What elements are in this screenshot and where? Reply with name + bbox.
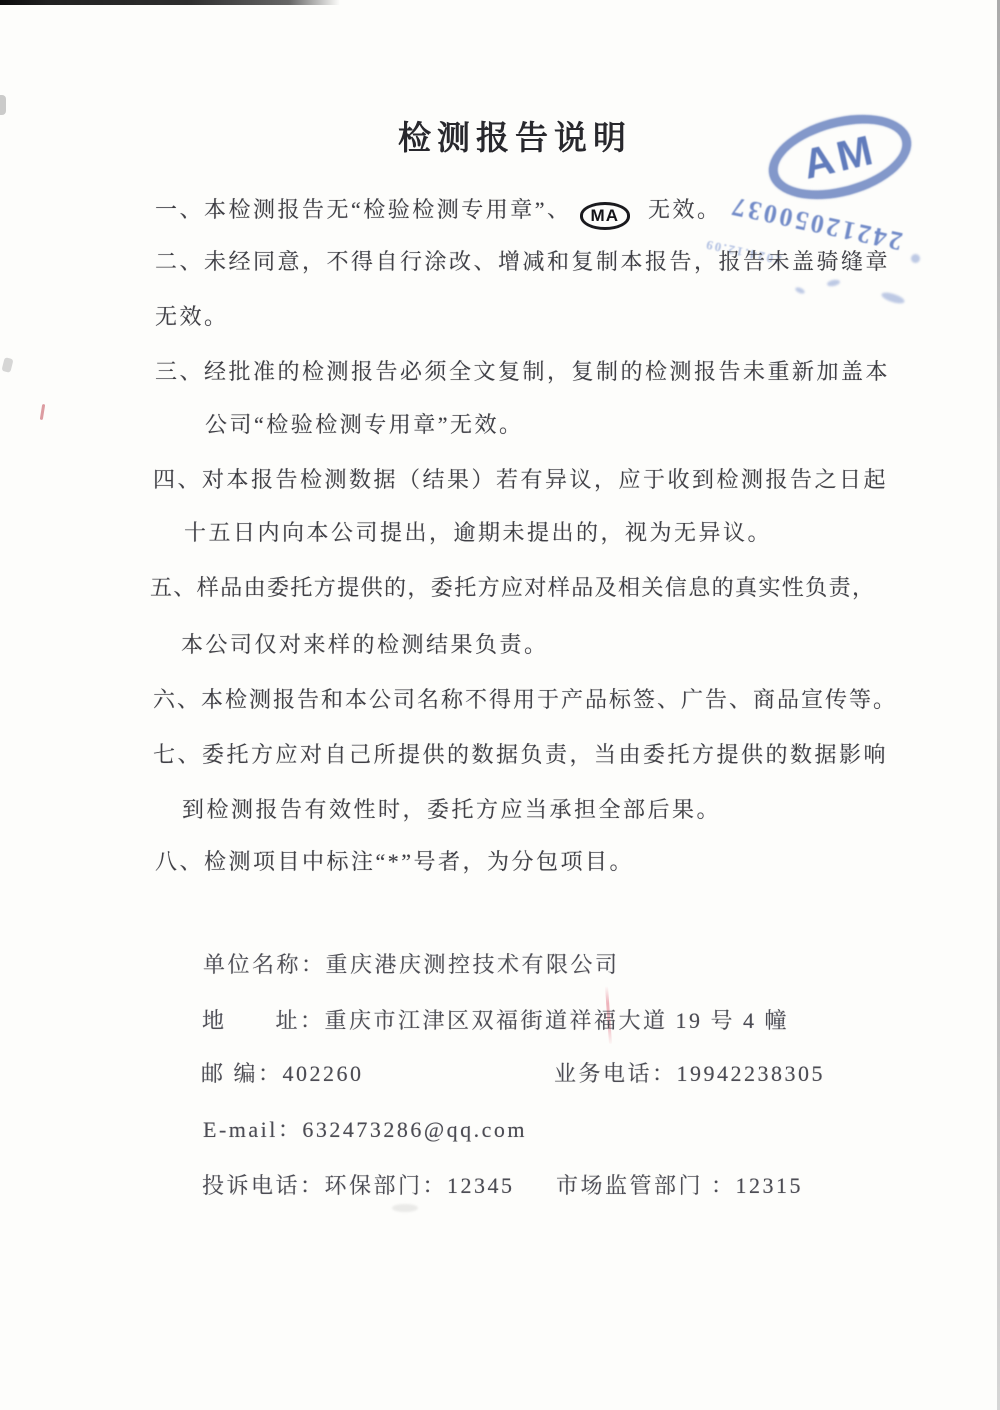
gray-smudge-artifact xyxy=(392,1204,418,1212)
note-item-8: 八、检测项目中标注“*”号者，为分包项目。 xyxy=(155,846,634,878)
company-email: E-mail：632473286@qq.com xyxy=(203,1114,527,1146)
complaint-phone-env: 投诉电话：环保部门：12345 xyxy=(202,1170,515,1202)
company-name-row: 单位名称：重庆港庆测控技术有限公司 xyxy=(203,949,620,981)
note-item-7: 七、委托方应对自己所提供的数据负责，当由委托方提供的数据影响 xyxy=(153,739,888,771)
scan-edge-top-artifact xyxy=(0,0,340,5)
note-item-6: 六、本检测报告和本公司名称不得用于产品标签、广告、商品宣传等。 xyxy=(153,684,897,716)
complaint-phone-market: 市场监管部门 ：12315 xyxy=(556,1170,803,1202)
note-item-5: 五、样品由委托方提供的，委托方应对样品及相关信息的真实性负责， xyxy=(150,572,875,604)
stamp-ink-speckle xyxy=(794,286,805,295)
stamp-ink-speckle xyxy=(911,254,920,263)
note-item-1-prefix: 一、本检测报告无“检验检测专用章”、 xyxy=(155,197,572,222)
note-item-4-cont: 十五日内向本公司提出，逾期未提出的，视为无异议。 xyxy=(184,517,772,549)
red-tick-artifact xyxy=(40,404,45,420)
stamp-ink-speckle xyxy=(827,279,841,288)
note-item-3: 三、经批准的检测报告必须全文复制，复制的检测报告未重新加盖本 xyxy=(155,356,890,388)
note-item-3-cont: 公司“检验检测专用章”无效。 xyxy=(205,409,524,441)
note-item-7-cont: 到检测报告有效性时，委托方应当承担全部后果。 xyxy=(182,794,721,826)
company-postcode: 邮 编：402260 xyxy=(201,1058,364,1090)
note-item-4: 四、对本报告检测数据（结果）若有异议，应于收到检测报告之日起 xyxy=(153,464,888,496)
scan-mark-left-artifact xyxy=(1,357,13,373)
note-item-1: 一、本检测报告无“检验检测专用章”、MA 无效。 xyxy=(155,194,722,230)
note-item-2-cont: 无效。 xyxy=(155,301,229,333)
company-address-row: 地 址：重庆市江津区双福街道祥福大道 19 号 4 幢 xyxy=(202,1005,789,1037)
report-notes-page: AM 24212050037 2024.12.09 检测报告说明 一、本检测报告… xyxy=(0,0,1000,1410)
page-title: 检测报告说明 xyxy=(0,112,1000,159)
note-item-5-cont: 本公司仅对来样的检测结果负责。 xyxy=(181,629,549,661)
stamp-ink-speckle xyxy=(880,290,905,305)
cma-mark-icon: MA xyxy=(580,202,630,230)
company-phone: 业务电话：19942238305 xyxy=(554,1058,825,1090)
note-item-2: 二、未经同意，不得自行涂改、增减和复制本报告，报告未盖骑缝章 xyxy=(155,246,890,278)
note-item-1-suffix: 无效。 xyxy=(640,197,722,222)
